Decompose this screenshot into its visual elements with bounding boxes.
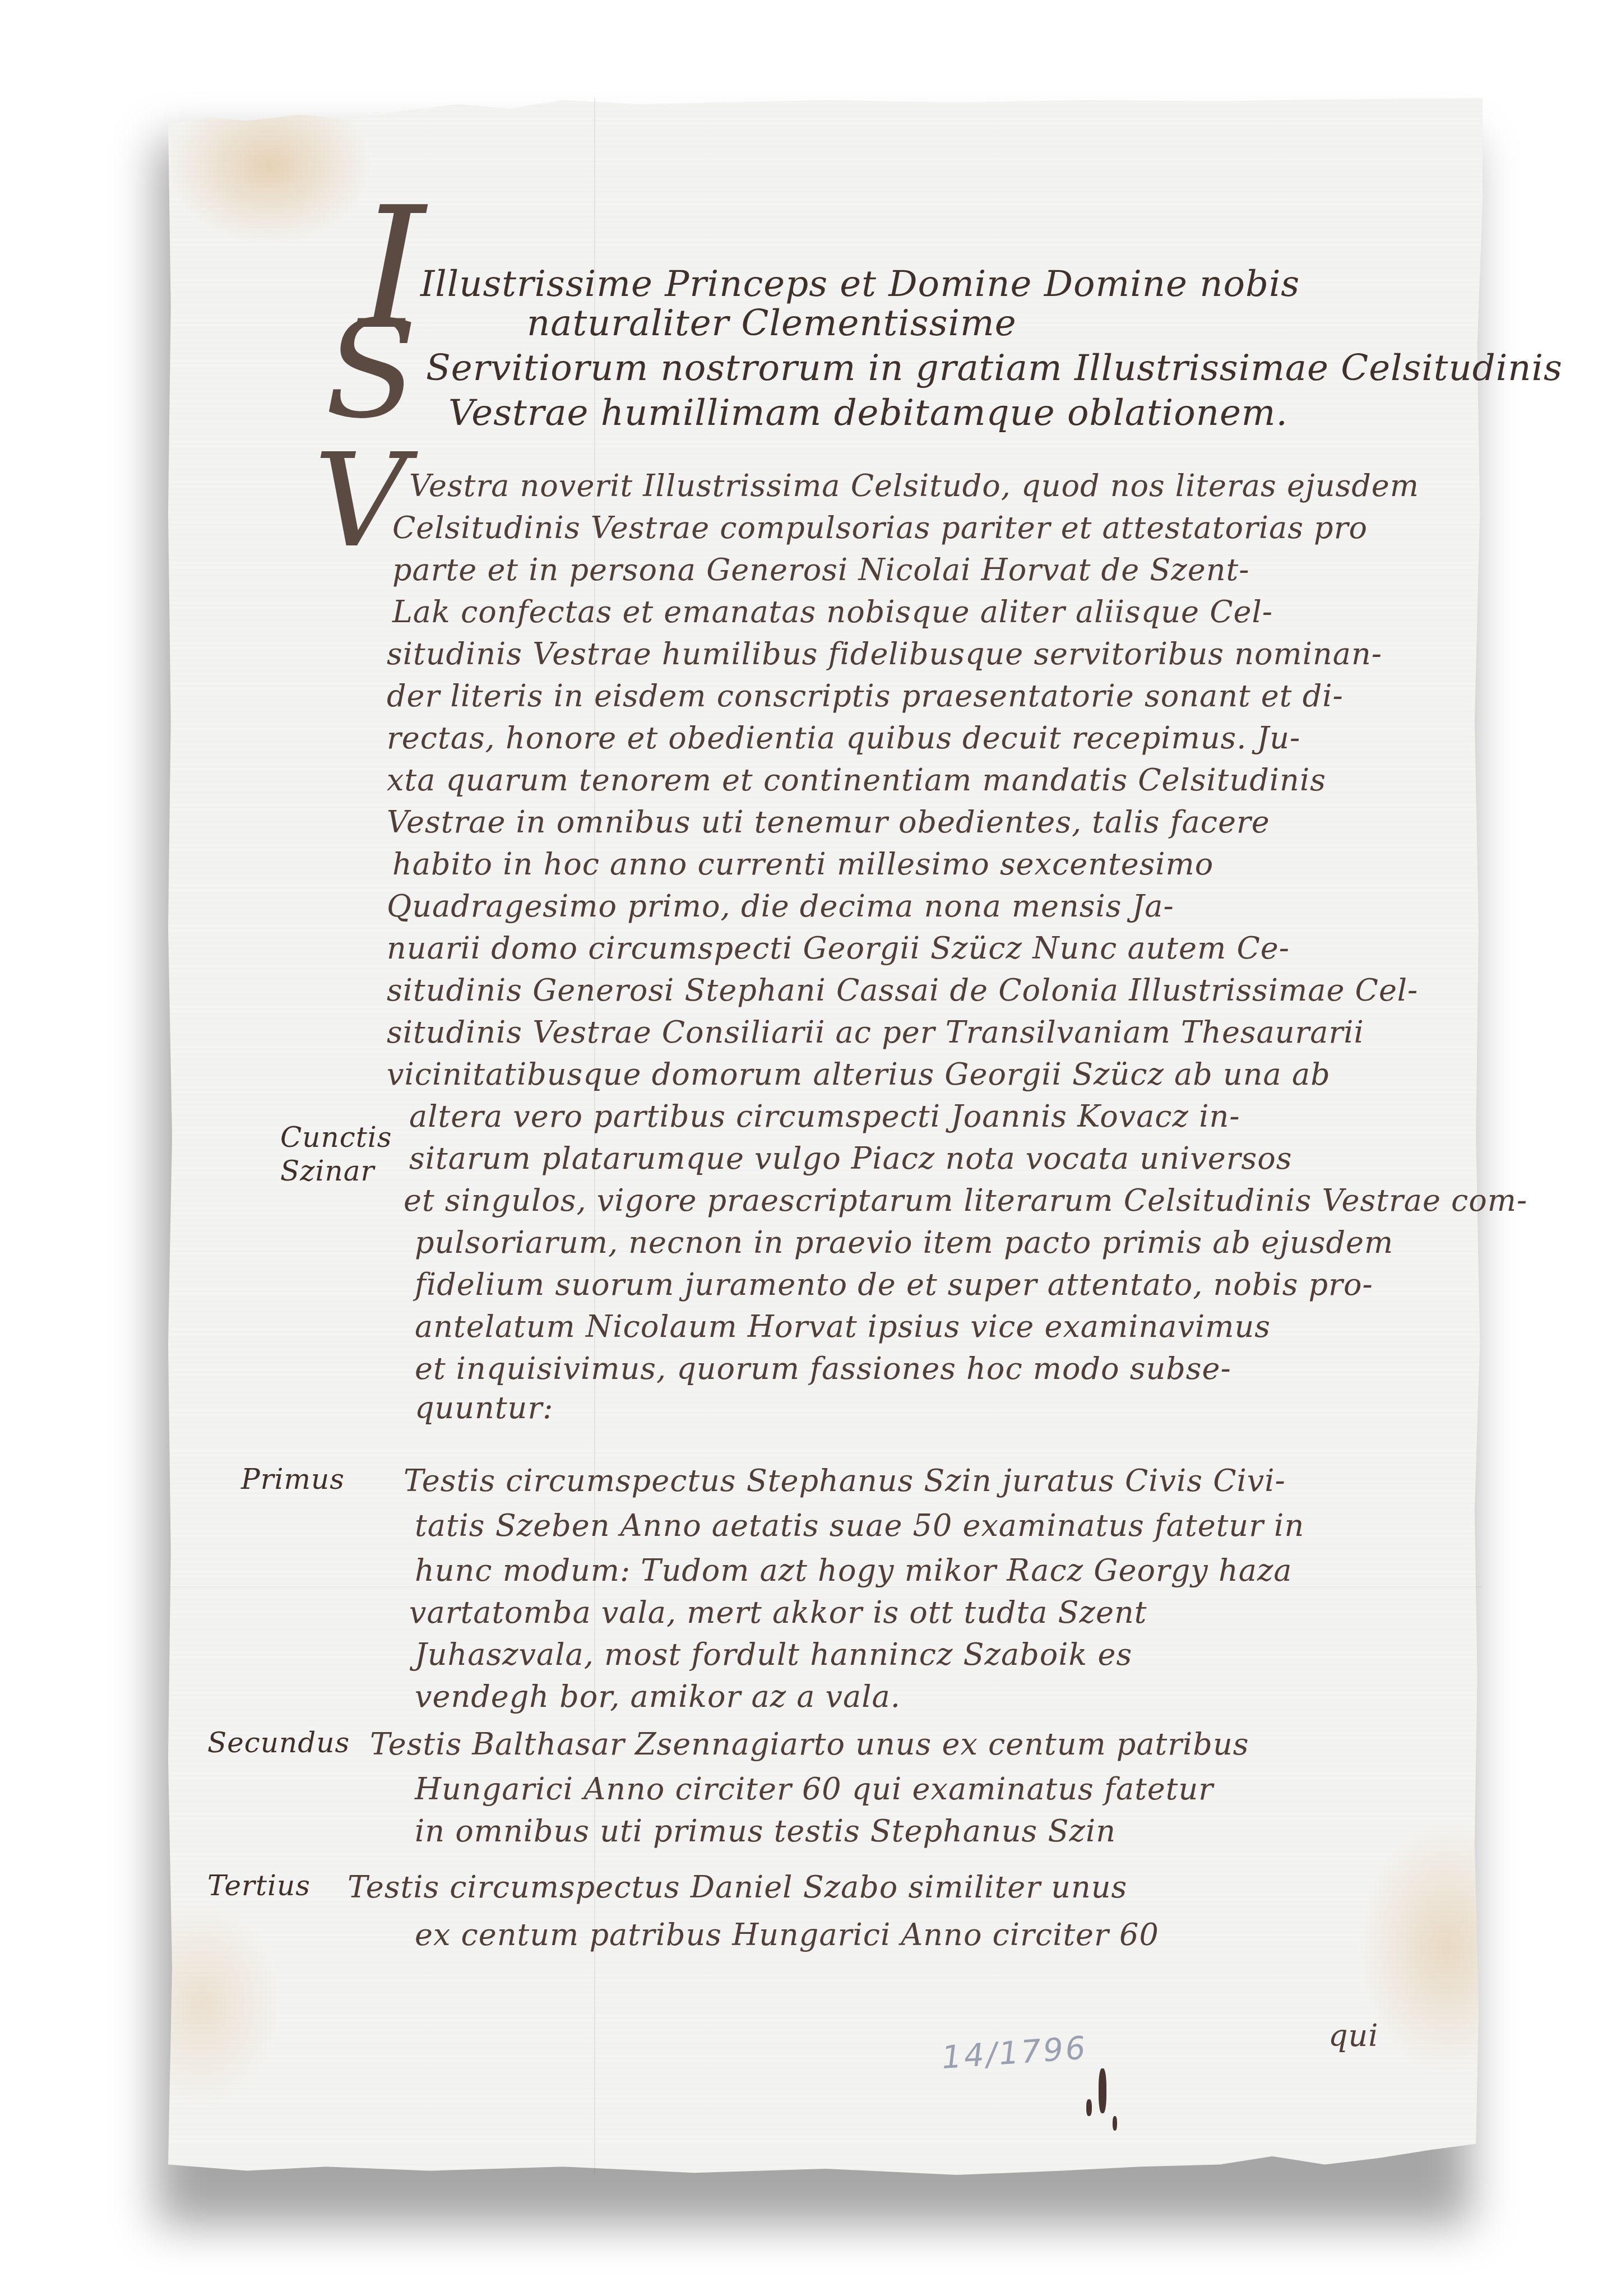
ink-blot	[1086, 2099, 1092, 2116]
body-line: parte et in persona Generosi Nicolai Hor…	[392, 552, 1249, 587]
witness-line: Testis circumspectus Stephanus Szin jura…	[404, 1463, 1286, 1498]
salutation-line-1: Illustrissime Princeps et Domine Domine …	[420, 263, 1300, 305]
witness-line: Hungarici Anno circiter 60 qui examinatu…	[415, 1771, 1213, 1807]
body-line: rectas, honore et obedientia quibus decu…	[387, 720, 1300, 756]
witness-line: Testis Balthasar Zsennagiarto unus ex ce…	[370, 1726, 1249, 1762]
salutation-line-3: Servitiorum nostrorum in gratiam Illustr…	[426, 348, 1563, 389]
salutation-line-2: naturaliter Clementissime	[527, 303, 1017, 344]
body-line: antelatum Nicolaum Horvat ipsius vice ex…	[415, 1309, 1271, 1344]
witness-line: qui	[1328, 2018, 1379, 2053]
ink-blot	[1099, 2068, 1106, 2113]
body-line: Vestra noverit Illustrissima Celsitudo, …	[409, 468, 1419, 503]
margin-note-line-1: Cunctis	[280, 1121, 392, 1154]
body-line: situdinis Generosi Stephani Cassai de Co…	[387, 973, 1418, 1008]
body-line: pulsoriarum, necnon in praevio item pact…	[415, 1225, 1393, 1260]
decorative-initial-S: S	[325, 303, 417, 437]
body-line: situdinis Vestrae humilibus fidelibusque…	[387, 636, 1382, 672]
ink-blot	[1113, 2116, 1117, 2131]
witness-line: vendegh bor, amikor az a vala.	[415, 1679, 901, 1714]
body-line: nuarii domo circumspecti Georgii Szücz N…	[387, 931, 1290, 966]
witness-label: Secundus	[207, 1726, 350, 1759]
body-line: quuntur:	[415, 1390, 553, 1425]
body-line: sitarum platarumque vulgo Piacz nota voc…	[409, 1141, 1292, 1176]
body-line: fidelium suorum juramento de et super at…	[415, 1267, 1373, 1302]
salutation-line-4: Vestrae humillimam debitamque oblationem…	[448, 392, 1288, 434]
witness-line: in omnibus uti primus testis Stephanus S…	[415, 1813, 1116, 1849]
witness-line: tatis Szeben Anno aetatis suae 50 examin…	[415, 1508, 1304, 1543]
body-line: xta quarum tenorem et continentiam manda…	[387, 762, 1326, 798]
witness-line: Testis circumspectus Daniel Szabo simili…	[348, 1869, 1127, 1905]
witness-label: Primus	[241, 1463, 345, 1496]
body-line: et singulos, vigore praescriptarum liter…	[404, 1183, 1527, 1218]
witness-label: Tertius	[207, 1869, 311, 1902]
witness-line: vartatomba vala, mert akkor is ott tudta…	[409, 1595, 1147, 1630]
body-line: der literis in eisdem conscriptis praese…	[387, 678, 1344, 714]
body-line: Lak confectas et emanatas nobisque alite…	[392, 594, 1273, 629]
body-line: et inquisivimus, quorum fassiones hoc mo…	[415, 1351, 1231, 1386]
body-line: habito in hoc anno currenti millesimo se…	[392, 846, 1213, 882]
body-line: Celsitudinis Vestrae compulsorias parite…	[392, 510, 1368, 545]
witness-line: hunc modum: Tudom azt hogy mikor Racz Ge…	[415, 1553, 1293, 1588]
body-line: situdinis Vestrae Consiliarii ac per Tra…	[387, 1015, 1364, 1050]
body-line: vicinitatibusque domorum alterius Georgi…	[387, 1057, 1331, 1092]
body-line: Vestrae in omnibus uti tenemur obediente…	[387, 804, 1270, 840]
margin-note-line-2: Szinar	[280, 1155, 375, 1187]
witness-line: ex centum patribus Hungarici Anno circit…	[415, 1917, 1159, 1952]
body-line: altera vero partibus circumspecti Joanni…	[409, 1099, 1240, 1134]
body-line: Quadragesimo primo, die decima nona mens…	[387, 888, 1174, 924]
witness-line: Juhaszvala, most fordult hannincz Szaboi…	[415, 1637, 1132, 1672]
decorative-initial-V: V	[314, 437, 407, 566]
